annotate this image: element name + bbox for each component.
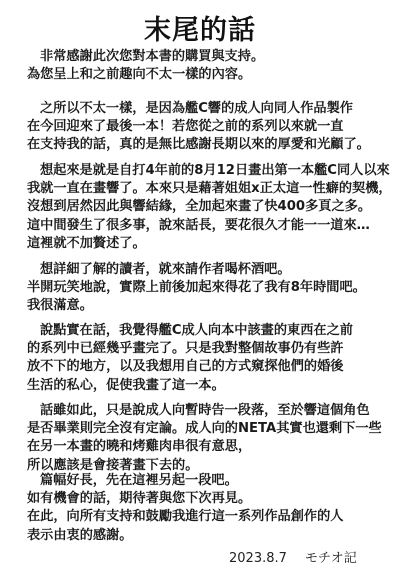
text-line: 的系列中已經幾乎畫完了。只是我對整個故事仍有些許 [27,340,387,358]
page-title: 末尾的話 [0,8,400,47]
text-line: 在今回迎來了最後一本！若您從之前的系列以來就一直 [27,118,387,136]
text-line: 生活的私心，促使我畫了這一本。 [27,377,387,395]
text-line: 半開玩笑地說，實際上前後加起來得花了我有8年時間吧。 [27,279,387,297]
text-line: 在此，向所有支持和鼓勵我進行這一系列作品創作的人 [27,508,387,526]
text-line: 想詳細了解的讀者，就來請作者喝杯酒吧。 [27,261,387,279]
text-line: 我很滿意。 [27,297,387,315]
paragraph-future: 話雖如此，只是說成人向暫時告一段落，至於響這個角色 是否畢業則完全沒有定論。成人… [27,402,387,475]
text-line: 這中間發生了很多事，說來話長，要花很久才能一一道來… [27,217,387,235]
text-line: 話雖如此，只是說成人向暫時告一段落，至於響這個角色 [27,402,387,420]
text-line: 我就一直在畫響了。本來只是藉著姐姐x正太這一性癖的契機， [27,180,387,198]
paragraph-history: 想起來是就是自打4年前的8月12日畫出第一本艦C同人以來 我就一直在畫響了。本來… [27,162,387,253]
signature-date: 2023.8.7 [229,551,287,566]
text-line: 在支持我的話，真的是無比感謝長期以來的厚愛和光顧了。 [27,136,387,154]
text-line: 之所以不太一樣，是因為艦C響的成人向同人作品製作 [27,100,387,118]
text-line: 這裡就不加贅述了。 [27,235,387,253]
text-line: 非常感謝此次您對本書的購買與支持。 [27,48,387,66]
text-line: 想起來是就是自打4年前的8月12日畫出第一本艦C同人以來 [27,162,387,180]
text-line: 篇幅好長，先在這裡另起一段吧。 [27,472,387,490]
signature: 2023.8.7 モチオ記 [229,547,357,566]
paragraph-readers: 想詳細了解的讀者，就來請作者喝杯酒吧。 半開玩笑地說，實際上前後加起來得花了我有… [27,261,387,316]
paragraph-closing: 篇幅好長，先在這裡另起一段吧。 如有機會的話，期待著與您下次再見。 在此，向所有… [27,472,387,545]
text-line: 是否畢業則完全沒有定論。成人向的NETA其實也還剩下一些 [27,420,387,438]
text-line: 為您呈上和之前趣向不太一樣的內容。 [27,66,387,84]
paragraph-thanks: 非常感謝此次您對本書的購買與支持。 為您呈上和之前趣向不太一樣的內容。 [27,48,387,84]
text-line: 表示由衷的感謝。 [27,527,387,545]
text-line: 在另一本畫的曉和烤雞肉串很有意思， [27,438,387,456]
text-line: 放不下的地方，以及我想用自己的方式窺探他們的婚後 [27,358,387,376]
paragraph-last-book: 之所以不太一樣，是因為艦C響的成人向同人作品製作 在今回迎來了最後一本！若您從之… [27,100,387,155]
paragraph-reason: 說點實在話，我覺得艦C成人向本中該畫的東西在之前 的系列中已經幾乎畫完了。只是我… [27,322,387,395]
text-line: 如有機會的話，期待著與您下次再見。 [27,490,387,508]
signature-author: モチオ記 [305,551,357,566]
text-line: 沒想到居然因此與響結緣，全加起來畫了快400多頁之多。 [27,198,387,216]
text-line: 說點實在話，我覺得艦C成人向本中該畫的東西在之前 [27,322,387,340]
